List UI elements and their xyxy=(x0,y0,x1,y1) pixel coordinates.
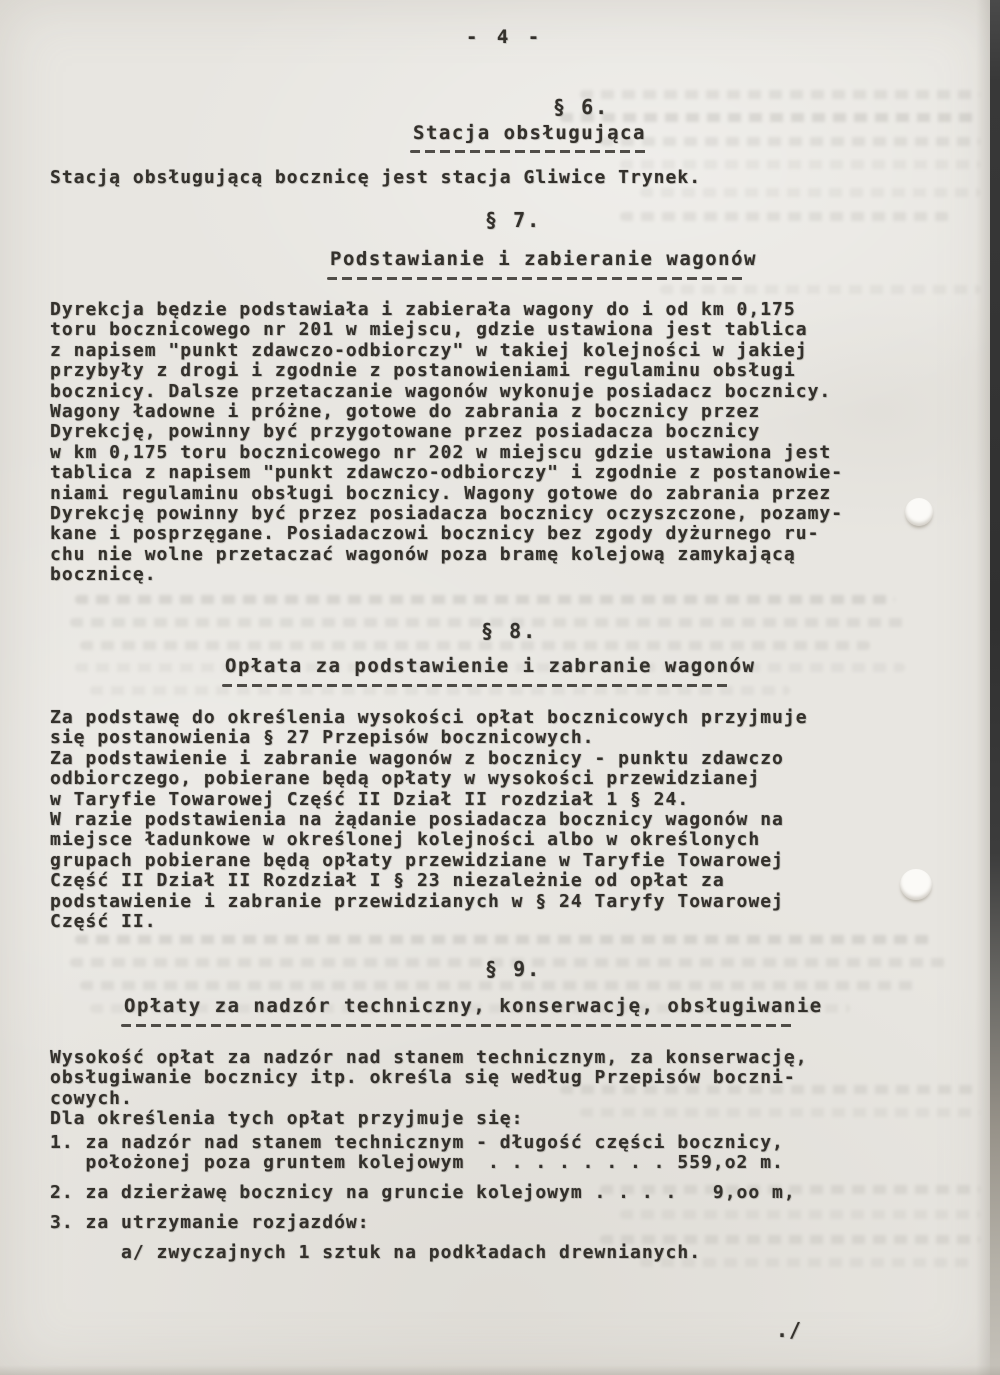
section-8-body: Za podstawę do określenia wysokości opła… xyxy=(50,708,808,932)
bleed-through-line xyxy=(75,935,935,944)
punch-hole-top xyxy=(905,498,933,526)
bleed-through-line xyxy=(620,212,950,221)
bleed-through-line xyxy=(660,285,980,294)
section-8-title: Opłata za podstawienie i zabranie wagonó… xyxy=(225,655,756,677)
bleed-through-line xyxy=(600,137,980,146)
bleed-through-line xyxy=(560,113,980,122)
bleed-through-line xyxy=(80,981,920,990)
section-8-number: § 8. xyxy=(481,619,537,643)
page-number: - 4 - xyxy=(466,26,543,48)
list-item-2: 2. za dzierżawę bocznicy na gruncie kole… xyxy=(50,1183,796,1203)
bleed-through-line xyxy=(90,686,790,695)
bleed-through-line xyxy=(640,188,980,197)
punch-hole-bottom xyxy=(900,869,932,900)
section-9-title: Opłaty za nadzór techniczny, konserwację… xyxy=(124,995,823,1017)
scanned-document-page: - 4 - § 6. Stacja obsługująca Stacją obs… xyxy=(0,0,1000,1375)
section-8-title-underline xyxy=(222,684,732,687)
section-9-number: § 9. xyxy=(485,957,541,981)
bleed-through-line xyxy=(620,1210,980,1219)
scan-edge-shadow xyxy=(990,0,1000,1375)
list-item-1: 1. za nadzór nad stanem technicznym - dł… xyxy=(50,1133,784,1174)
section-9-title-underline xyxy=(121,1024,793,1027)
section-6-title-underline xyxy=(410,150,648,153)
end-mark: ./ xyxy=(776,1318,802,1342)
section-7-title: Podstawianie i zabieranie wagonów xyxy=(330,248,757,270)
section-9-body: Wysokość opłat za nadzór nad stanem tech… xyxy=(50,1048,808,1130)
section-7-title-underline xyxy=(327,277,745,280)
bleed-through-line xyxy=(580,90,980,99)
bleed-through-line xyxy=(75,595,895,604)
section-7-number: § 7. xyxy=(485,208,541,232)
list-item-3: 3. za utrzymanie rozjazdów: xyxy=(50,1213,370,1233)
bleed-through-line xyxy=(80,641,870,650)
page-edge-shading xyxy=(976,0,990,1375)
section-6-number: § 6. xyxy=(553,95,609,119)
section-7-body: Dyrekcja będzie podstawiała i zabierała … xyxy=(50,300,843,586)
list-item-3a: a/ zwyczajnych 1 sztuk na podkładach dre… xyxy=(50,1243,701,1263)
bottom-edge-shading xyxy=(0,1365,1000,1375)
section-6-title: Stacja obsługująca xyxy=(413,122,646,144)
section-6-body: Stacją obsługującą bocznicę jest stacja … xyxy=(50,168,701,188)
